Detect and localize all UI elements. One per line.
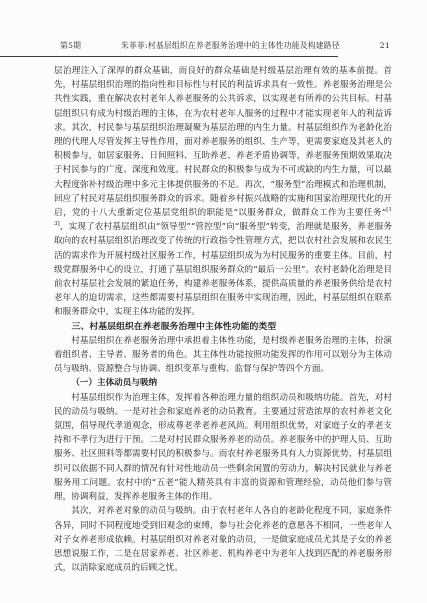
page-number: 21 [380,41,392,51]
page-header: 第5期 朱菲菲:村基层组织在养老服务治理中的主体性功能及构建路径 21 [54,0,392,51]
issue-label: 第5期 [54,41,81,51]
paragraph: 村基层组织在养老服务治理中承担着主体性功能，是村级养老服务治理的主体，扮演着组织… [54,334,392,377]
paragraph: 其次，对养老对象的动员与吸纳。由于农村老年人各自的老龄化程度不同，家庭条件各异，… [54,504,392,575]
section-heading: 三、村基层组织在养老服务治理中主体性功能的类型 [54,320,392,334]
paragraph: 村基层组织作为治理主体，发挥着各种治理力量的组织动员和吸纳功能。首先，对村民的动… [54,391,392,505]
paragraph-text: 层治理注入了深厚的群众基础，而良好的群众基础是村级基层治理有效的基本前提。首先，… [54,66,392,218]
paragraph-text-continued: ，实现了农村基层组织由“领导型”“管控型”向“服务型”转变，治理就是服务，养老服… [54,222,392,317]
header-divider [0,56,338,57]
article-body: 层治理注入了深厚的群众基础，而良好的群众基础是村级基层治理有效的基本前提。首先，… [54,64,392,575]
paragraph-continuation: 层治理注入了深厚的群众基础，而良好的群众基础是村级基层治理有效的基本前提。首先，… [54,64,392,320]
journal-page: 第5期 朱菲菲:村基层组织在养老服务治理中的主体性功能及构建路径 21 层治理注… [0,0,427,603]
subsection-heading: （一）主体动员与吸纳 [54,376,392,390]
running-title: 朱菲菲:村基层组织在养老服务治理中的主体性功能及构建路径 [81,41,380,51]
